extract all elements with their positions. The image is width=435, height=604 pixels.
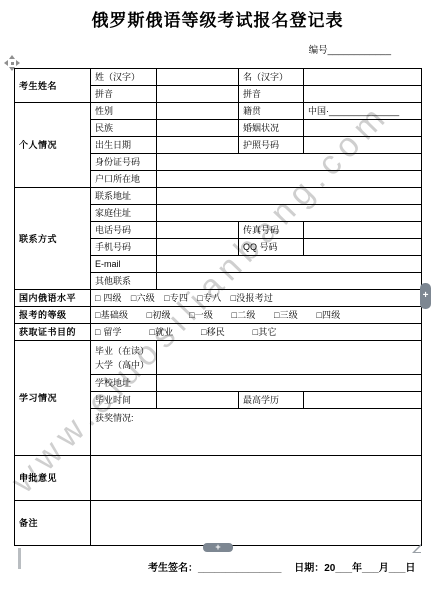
form-row-16: 获取证书目的□ 留学 □就业 □移民 □其它	[15, 324, 422, 341]
field-label-cell: 电话号码	[91, 222, 157, 239]
group-label-cell: 学习情况	[15, 341, 91, 456]
field-label-cell: 名（汉字）	[239, 69, 304, 86]
page-title: 俄罗斯俄语等级考试报名登记表	[0, 6, 435, 31]
field-label-cell: 护照号码	[239, 137, 304, 154]
field-label-cell: 其他联系	[91, 273, 157, 290]
form-row-3: 个人情况性别籍贯中国·______________	[15, 103, 422, 120]
field-label-cell: 籍贯	[239, 103, 304, 120]
value-cell	[157, 120, 239, 137]
field-label-cell: 民族	[91, 120, 157, 137]
field-label-cell: 拼音	[91, 86, 157, 103]
value-cell	[91, 501, 422, 546]
form-row-15: 报考的等级□基础级 □初级 □一级 □二级 □三级 □四级	[15, 307, 422, 324]
field-label-cell: 家庭住址	[91, 205, 157, 222]
field-label-cell: 出生日期	[91, 137, 157, 154]
form-row-1: 考生姓名姓（汉字）名（汉字）	[15, 69, 422, 86]
group-label-cell: 备注	[15, 501, 91, 546]
form-row-14: 国内俄语水平□ 四级 □六级 □专四 □专八 □没报考过	[15, 290, 422, 307]
value-cell	[304, 86, 422, 103]
registration-form-table-container: 考生姓名姓（汉字）名（汉字）拼音拼音个人情况性别籍贯中国·___________…	[14, 68, 422, 546]
value-cell	[157, 86, 239, 103]
form-row-21: 申批意见	[15, 456, 422, 501]
field-label-cell: 联系地址	[91, 188, 157, 205]
signature-date-line: 考生签名：_______________ 日期：20___年___月___日	[148, 559, 415, 574]
value-cell	[157, 103, 239, 120]
value-cell	[157, 69, 239, 86]
field-label-cell: 毕业（在读） 大学（高中）	[91, 341, 157, 375]
value-cell	[91, 456, 422, 501]
value-cell	[157, 205, 422, 222]
value-cell: 中国·______________	[304, 103, 422, 120]
value-cell	[304, 392, 422, 409]
field-label-cell: E-mail	[91, 256, 157, 273]
group-label-cell: 申批意见	[15, 456, 91, 501]
field-label-cell: 手机号码	[91, 239, 157, 256]
group-label-cell: 报考的等级	[15, 307, 91, 324]
field-label-cell: 最高学历	[239, 392, 304, 409]
value-cell	[304, 137, 422, 154]
add-column-button[interactable]: +	[420, 283, 431, 309]
value-cell	[157, 171, 422, 188]
value-cell	[157, 137, 239, 154]
value-cell	[304, 69, 422, 86]
field-label-cell: 婚姻状况	[239, 120, 304, 137]
page-edge-bar	[18, 548, 21, 569]
value-cell	[157, 273, 422, 290]
field-label-cell: QQ 号码	[239, 239, 304, 256]
field-label-cell: 性别	[91, 103, 157, 120]
value-cell	[157, 222, 239, 239]
group-label-cell: 个人情况	[15, 103, 91, 188]
value-cell	[157, 341, 422, 375]
field-label-cell: 传真号码	[239, 222, 304, 239]
value-cell	[157, 188, 422, 205]
value-cell	[157, 375, 422, 392]
form-row-22: 备注	[15, 501, 422, 546]
field-label-cell: 获奖情况:	[91, 409, 422, 456]
value-cell	[157, 154, 422, 171]
field-label-cell: 毕业时间	[91, 392, 157, 409]
field-label-cell: 姓（汉字）	[91, 69, 157, 86]
value-cell	[157, 239, 239, 256]
table-move-handle-icon[interactable]	[5, 56, 19, 70]
group-label-cell: 联系方式	[15, 188, 91, 290]
group-label-cell: 考生姓名	[15, 69, 91, 103]
field-label-cell: 户口所在地	[91, 171, 157, 188]
table-resize-handle-icon[interactable]	[412, 544, 421, 553]
field-label-cell: 学校地址	[91, 375, 157, 392]
group-label-cell: 获取证书目的	[15, 324, 91, 341]
field-label-cell: 拼音	[239, 86, 304, 103]
form-number-field: 编号____________	[309, 42, 391, 56]
value-cell	[157, 256, 422, 273]
value-cell	[304, 239, 422, 256]
registration-form-table: 考生姓名姓（汉字）名（汉字）拼音拼音个人情况性别籍贯中国·___________…	[14, 68, 422, 546]
field-label-cell: 身份证号码	[91, 154, 157, 171]
options-cell: □基础级 □初级 □一级 □二级 □三级 □四级	[91, 307, 422, 324]
options-cell: □ 四级 □六级 □专四 □专八 □没报考过	[91, 290, 422, 307]
add-row-button[interactable]: +	[203, 543, 233, 552]
group-label-cell: 国内俄语水平	[15, 290, 91, 307]
options-cell: □ 留学 □就业 □移民 □其它	[91, 324, 422, 341]
value-cell	[157, 392, 239, 409]
value-cell	[304, 222, 422, 239]
form-row-8: 联系方式联系地址	[15, 188, 422, 205]
form-row-17: 学习情况毕业（在读） 大学（高中）	[15, 341, 422, 375]
value-cell	[304, 120, 422, 137]
